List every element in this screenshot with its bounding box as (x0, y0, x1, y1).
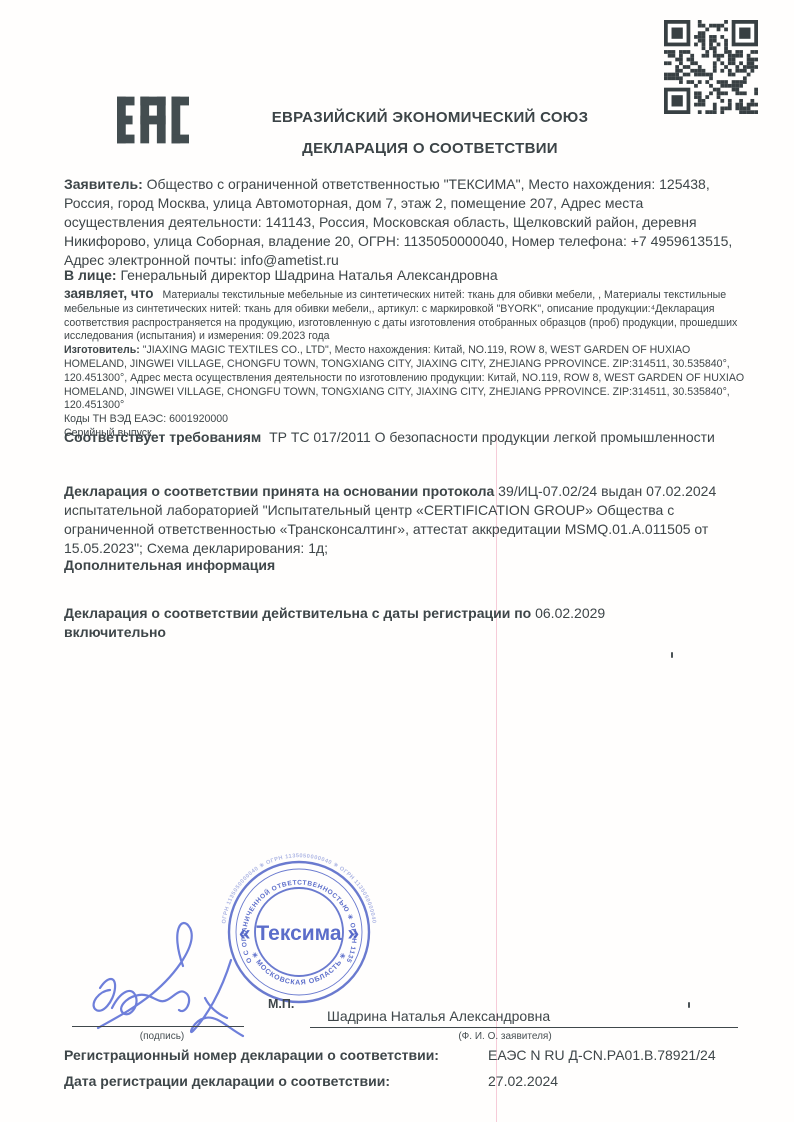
tnved-line: Коды ТН ВЭД ЕАЭС: 6001920000 (64, 413, 228, 425)
document-title: ДЕКЛАРАЦИЯ О СООТВЕТСТВИИ (120, 140, 740, 157)
validity-suffix: включительно (64, 624, 166, 640)
applicant-name: Шадрина Наталья Александровна (327, 1008, 550, 1024)
applicant-paragraph: Заявитель: Общество с ограниченной ответ… (64, 175, 742, 270)
union-title: ЕВРАЗИЙСКИЙ ЭКОНОМИЧЕСКИЙ СОЮЗ (120, 109, 740, 126)
product-text: Материалы текстильные мебельные из синте… (64, 289, 737, 342)
scan-speck (671, 652, 673, 658)
scan-speck (688, 1002, 690, 1008)
validity-label: Декларация о соответствии действительна … (64, 605, 531, 621)
basis-block: Декларация о соответствии принята на осн… (64, 482, 750, 558)
applicant-label: Заявитель: (64, 176, 143, 192)
signature-caption: (подпись) (92, 1031, 232, 1042)
additional-info-label: Дополнительная информация (64, 556, 664, 575)
validity-date: 06.02.2029 (535, 605, 605, 621)
person-text: Генеральный директор Шадрина Наталья Але… (120, 267, 497, 283)
svg-text:✳ МОСКОВСКАЯ ОБЛАСТЬ ✳: ✳ МОСКОВСКАЯ ОБЛАСТЬ ✳ (250, 951, 349, 987)
conformity-block: Соответствует требованиям ТР ТС 017/2011… (64, 428, 736, 448)
name-caption: (Ф. И. О. заявителя) (375, 1031, 635, 1042)
person-line: В лице: Генеральный директор Шадрина Нат… (64, 266, 742, 285)
registration-number-label: Регистрационный номер декларации о соотв… (64, 1047, 439, 1063)
person-label: В лице: (64, 267, 117, 283)
applicant-text: Общество с ограниченной ответственностью… (64, 176, 732, 268)
manufacturer-label: Изготовитель: (64, 344, 140, 356)
declaration-document: ЕВРАЗИЙСКИЙ ЭКОНОМИЧЕСКИЙ СОЮЗ ДЕКЛАРАЦИ… (0, 0, 794, 1122)
declares-label: заявляет, что (64, 286, 153, 301)
stamp-ring-text-bottom: ✳ МОСКОВСКАЯ ОБЛАСТЬ ✳ (250, 951, 349, 987)
registration-date-label: Дата регистрации декларации о соответств… (64, 1073, 390, 1089)
qr-code-icon (664, 20, 758, 114)
validity-block: Декларация о соответствии действительна … (64, 604, 692, 642)
name-line (310, 1027, 738, 1028)
basis-label: Декларация о соответствии принята на осн… (64, 483, 494, 499)
signature-line (72, 1026, 244, 1027)
mp-label: М.П. (268, 997, 294, 1011)
stamp-center-text: « Тексима » (239, 922, 359, 945)
registration-date-value: 27.02.2024 (488, 1073, 558, 1089)
conformity-text: ТР ТС 017/2011 О безопасности продукции … (269, 429, 715, 445)
product-details-block: заявляет, чтоМатериалы текстильные мебел… (64, 287, 746, 441)
company-stamp: ОБЩЕСТВО С ОГРАНИЧЕННОЙ ОТВЕТСТВЕННОСТЬЮ… (209, 842, 389, 1027)
manufacturer-text: "JIAXING MAGIC TEXTILES CO., LTD", Место… (64, 344, 744, 411)
registration-number-value: ЕАЭС N RU Д-CN.РА01.В.78921/24 (488, 1047, 716, 1063)
conformity-label: Соответствует требованиям (64, 429, 261, 445)
